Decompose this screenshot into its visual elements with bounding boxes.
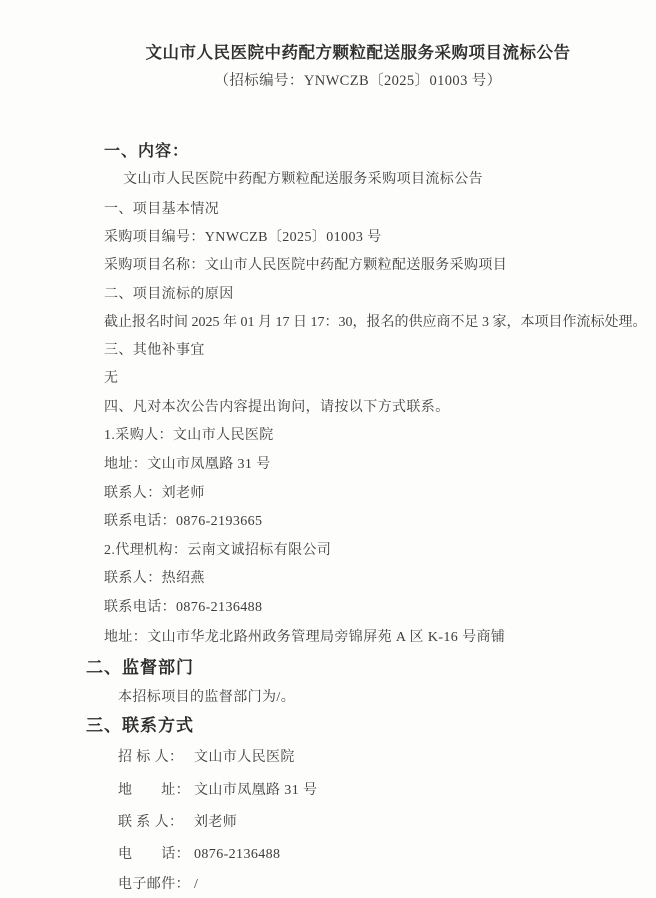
contact-row-email-label: 电子邮件：	[118, 876, 194, 893]
inquiry-heading: 四、凡对本次公告内容提出询问，请按以下方式联系。	[104, 399, 450, 416]
page-title: 文山市人民医院中药配方颗粒配送服务采购项目流标公告	[104, 45, 612, 62]
other-matters-heading: 三、其他补事宜	[104, 342, 205, 359]
document-page: 文山市人民医院中药配方颗粒配送服务采购项目流标公告 （招标编号：YNWCZB〔2…	[0, 0, 656, 898]
contact-row-email: 电子邮件：/	[118, 876, 198, 893]
contact-row-address-label: 地 址：	[118, 782, 194, 799]
project-number-line: 采购项目编号：YNWCZB〔2025〕01003 号	[104, 229, 382, 246]
basic-info-heading: 一、项目基本情况	[104, 201, 219, 218]
agency-contact-line: 联系人：热绍燕	[104, 570, 205, 587]
purchaser-contact-line: 联系人：刘老师	[104, 485, 205, 502]
contact-row-phone-value: 0876-2136488	[194, 847, 280, 862]
contact-row-bidder: 招 标 人：文山市人民医院	[118, 749, 295, 766]
contact-row-person: 联 系 人：刘老师	[118, 814, 237, 831]
failure-reason-heading: 二、项目流标的原因	[104, 286, 234, 303]
contact-row-email-value: /	[194, 877, 198, 892]
section-content-heading: 一、内容：	[104, 143, 189, 160]
supervision-heading: 二、监督部门	[86, 659, 194, 676]
purchaser-title-line: 1.采购人：文山市人民医院	[104, 427, 274, 444]
contact-section-heading: 三、联系方式	[86, 717, 194, 734]
contact-row-bidder-value: 文山市人民医院	[194, 750, 295, 765]
contact-row-address: 地 址：文山市凤凰路 31 号	[118, 782, 317, 799]
contact-row-phone: 电 话：0876-2136488	[118, 846, 280, 863]
agency-phone-line: 联系电话：0876-2136488	[104, 599, 262, 616]
page-subtitle: （招标编号：YNWCZB〔2025〕01003 号）	[104, 73, 612, 90]
contact-row-person-label: 联 系 人：	[118, 814, 194, 831]
purchaser-phone-line: 联系电话：0876-2193665	[104, 513, 262, 530]
contact-row-phone-label: 电 话：	[118, 846, 194, 863]
agency-title-line: 2.代理机构：云南文诚招标有限公司	[104, 542, 331, 559]
supervision-body: 本招标项目的监督部门为/。	[118, 689, 295, 706]
contact-row-person-value: 刘老师	[194, 815, 237, 830]
contact-row-address-value: 文山市凤凰路 31 号	[194, 783, 317, 798]
failure-reason-line: 截止报名时间 2025 年 01 月 17 日 17：30，报名的供应商不足 3…	[104, 314, 647, 331]
purchaser-address-line: 地址：文山市凤凰路 31 号	[104, 456, 271, 473]
agency-address-line: 地址：文山市华龙北路州政务管理局旁锦屏苑 A 区 K-16 号商铺	[104, 629, 505, 646]
other-matters-body: 无	[104, 370, 118, 387]
project-name-line: 采购项目名称：文山市人民医院中药配方颗粒配送服务采购项目	[104, 257, 507, 274]
notice-title-line: 文山市人民医院中药配方颗粒配送服务采购项目流标公告	[123, 171, 483, 188]
contact-row-bidder-label: 招 标 人：	[118, 749, 194, 766]
